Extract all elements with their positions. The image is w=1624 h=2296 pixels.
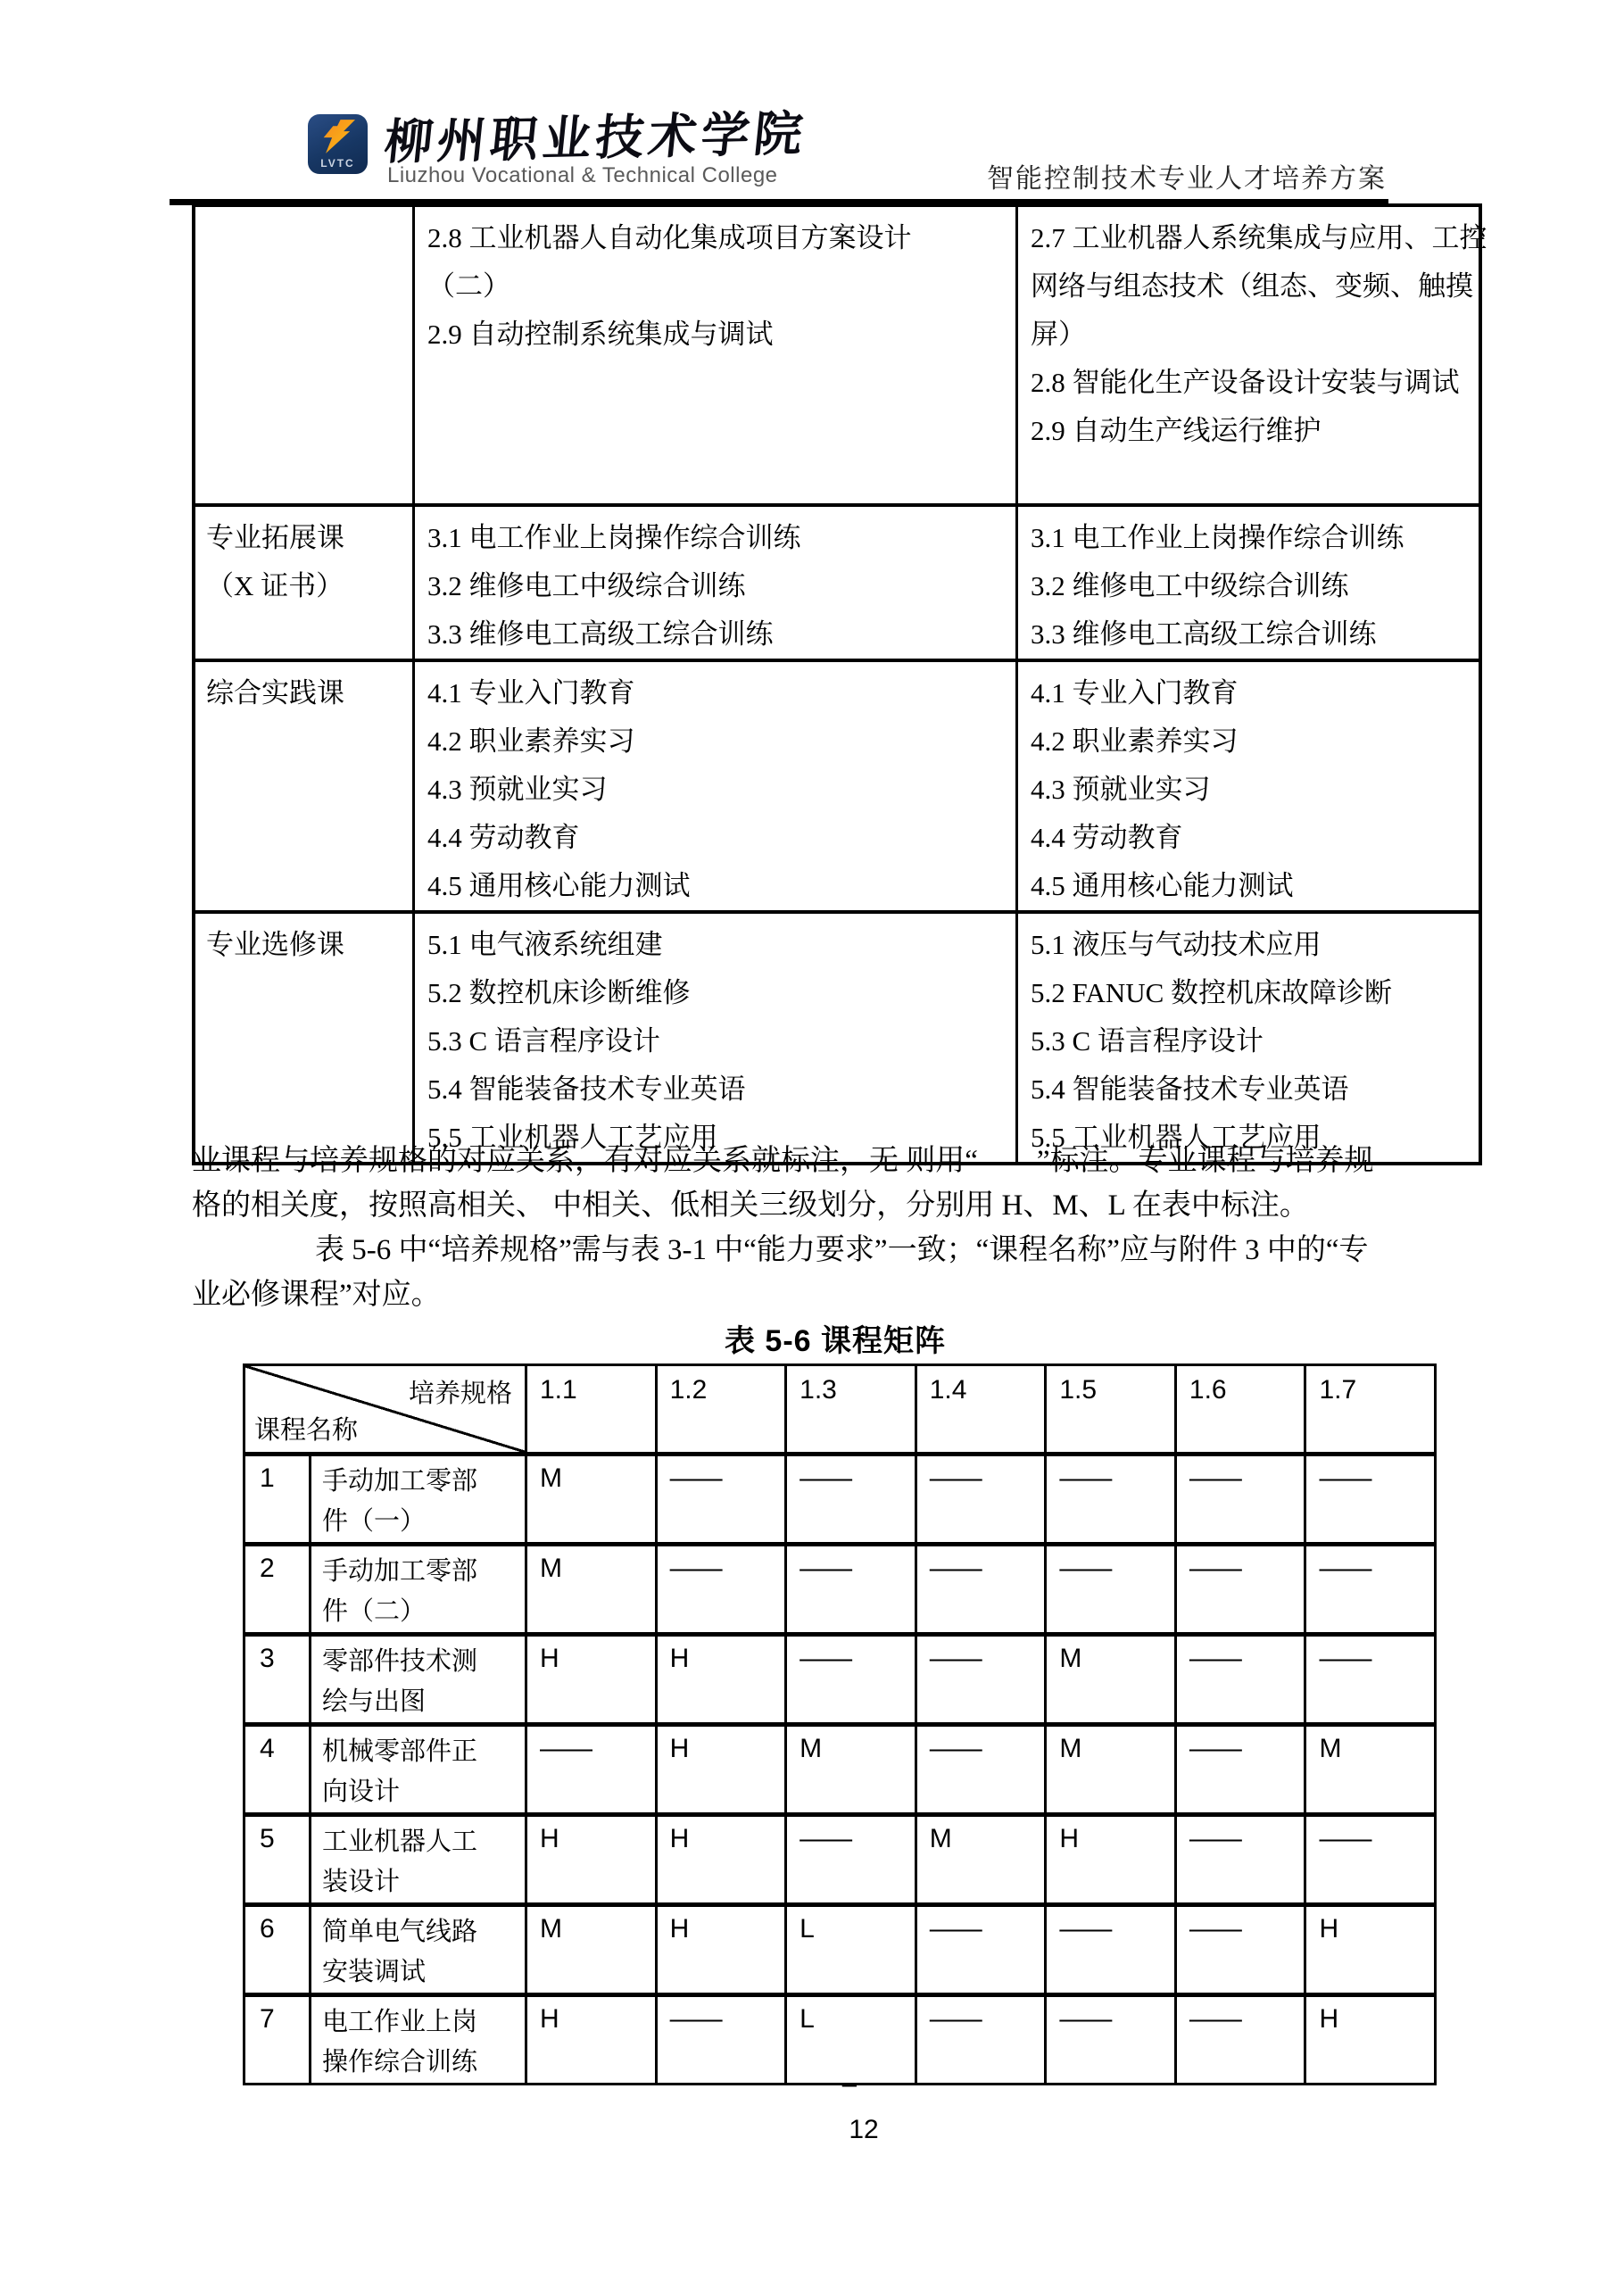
category-line: （X 证书） <box>206 562 407 610</box>
relevance-cell: —— <box>655 1456 785 1542</box>
relevance-cell: —— <box>784 1546 915 1632</box>
course-line: 2.8 智能化生产设备设计安装与调试 <box>1031 359 1487 407</box>
college-name-english: Liuzhou Vocational & Technical College <box>387 163 778 188</box>
course-line: 5.2 数控机床诊断维修 <box>427 969 1008 1017</box>
course-line: 2.9 自动控制系统集成与调试 <box>427 311 1008 359</box>
corner-label-spec: 培养规格 <box>409 1373 512 1410</box>
relevance-cell: M <box>915 1817 1045 1902</box>
relevance-cell: H <box>655 1637 785 1722</box>
course-name-line: 机械零部件正 <box>322 1732 521 1772</box>
matrix-row: 6简单电气线路安装调试MHL——————H <box>245 1902 1434 1993</box>
relevance-cell: —— <box>915 1727 1045 1812</box>
table-row: 综合实践课4.1 专业入门教育4.2 职业素养实习4.3 预就业实习4.4 劳动… <box>195 659 1479 910</box>
logo-abbreviation: LVTC <box>308 157 368 170</box>
course-line: 3.1 电工作业上岗操作综合训练 <box>1031 514 1471 562</box>
course-name-line: 件（二） <box>322 1592 521 1632</box>
row-number-cell: 7 <box>245 1997 309 2083</box>
course-line: 4.4 劳动教育 <box>1031 814 1471 862</box>
relevance-cell: M <box>784 1727 915 1812</box>
course-line: 2.7 工业机器人系统集成与应用、工控 <box>1031 214 1487 262</box>
relevance-cell: —— <box>1304 1817 1434 1902</box>
relevance-cell: —— <box>1304 1637 1434 1722</box>
courses-cell-right: 3.1 电工作业上岗操作综合训练3.2 维修电工中级综合训练3.3 维修电工高级… <box>1015 507 1479 659</box>
course-line: 4.2 职业素养实习 <box>427 717 1008 766</box>
course-line: 屏） <box>1031 311 1487 359</box>
category-line: 专业拓展课 <box>206 514 407 562</box>
matrix-row: 5工业机器人工装设计HH——MH———— <box>245 1812 1434 1902</box>
relevance-cell: —— <box>915 1907 1045 1993</box>
courses-cell-left: 5.1 电气液系统组建5.2 数控机床诊断维修5.3 C 语言程序设计5.4 智… <box>412 914 1015 1162</box>
row-number-cell: 3 <box>245 1637 309 1722</box>
matrix-header-row: 培养规格 课程名称 1.11.21.31.41.51.61.7 <box>245 1366 1434 1452</box>
matrix-table: 培养规格 课程名称 1.11.21.31.41.51.61.7 1手动加工零部件… <box>243 1364 1437 2085</box>
corner-label-course: 课程名称 <box>254 1410 358 1446</box>
course-name-cell: 手动加工零部件（一） <box>309 1456 525 1542</box>
course-line: 3.3 维修电工高级工综合训练 <box>1031 610 1471 659</box>
course-name-line: 安装调试 <box>322 1952 521 1993</box>
course-line: 4.5 通用核心能力测试 <box>1031 862 1471 910</box>
course-line: 4.1 专业入门教育 <box>427 669 1008 717</box>
matrix-row: 4机械零部件正向设计——HM——M——M <box>245 1722 1434 1812</box>
category-cell <box>195 207 412 503</box>
category-cell: 综合实践课 <box>195 662 412 910</box>
paragraph-line: 业必修课程”对应。 <box>192 1272 1479 1317</box>
category-line: 专业选修课 <box>206 921 407 969</box>
table-row: 专业选修课5.1 电气液系统组建5.2 数控机床诊断维修5.3 C 语言程序设计… <box>195 910 1479 1162</box>
relevance-cell: H <box>1304 1997 1434 2083</box>
category-cell: 专业拓展课（X 证书） <box>195 507 412 659</box>
course-line: 5.3 C 语言程序设计 <box>427 1017 1008 1065</box>
course-name-line: 手动加工零部 <box>322 1462 521 1502</box>
course-name-cell: 工业机器人工装设计 <box>309 1817 525 1902</box>
spec-column-header: 1.6 <box>1174 1366 1305 1452</box>
relevance-cell: —— <box>1174 1546 1305 1632</box>
course-name-line: 向设计 <box>322 1772 521 1812</box>
course-line: 4.4 劳动教育 <box>427 814 1008 862</box>
relevance-cell: —— <box>1174 1637 1305 1722</box>
table-caption: 表 5-6 课程矩阵 <box>192 1316 1479 1360</box>
course-line: 5.1 液压与气动技术应用 <box>1031 921 1471 969</box>
course-line: 3.3 维修电工高级工综合训练 <box>427 610 1008 659</box>
document-title: 智能控制技术专业人才培养方案 <box>987 156 1387 195</box>
course-name-line: 电工作业上岗 <box>322 2002 521 2043</box>
course-name-cell: 电工作业上岗操作综合训练 <box>309 1997 525 2083</box>
courses-cell-left: 3.1 电工作业上岗操作综合训练3.2 维修电工中级综合训练3.3 维修电工高级… <box>412 507 1015 659</box>
relevance-cell: —— <box>1044 1997 1174 2083</box>
course-line: 3.2 维修电工中级综合训练 <box>427 562 1008 610</box>
spec-column-header: 1.2 <box>655 1366 785 1452</box>
row-number-cell: 6 <box>245 1907 309 1993</box>
course-line: 5.3 C 语言程序设计 <box>1031 1017 1471 1065</box>
courses-cell-right: 4.1 专业入门教育4.2 职业素养实习4.3 预就业实习4.4 劳动教育4.5… <box>1015 662 1479 910</box>
relevance-cell: —— <box>784 1456 915 1542</box>
spec-column-header: 1.3 <box>784 1366 915 1452</box>
relevance-cell: —— <box>1044 1456 1174 1542</box>
stray-underscore: _ <box>842 2060 857 2088</box>
category-line: 综合实践课 <box>206 669 407 717</box>
relevance-cell: —— <box>1174 1456 1305 1542</box>
course-name-line: 件（一） <box>322 1502 521 1542</box>
course-line: （二） <box>427 262 1008 311</box>
spec-column-header: 1.5 <box>1044 1366 1174 1452</box>
matrix-row: 7电工作业上岗操作综合训练H——L_——————H <box>245 1993 1434 2083</box>
paragraph-line: 格的相关度，按照高相关、 中相关、低相关三级划分，分别用 H、M、L 在表中标注… <box>192 1183 1479 1228</box>
relevance-cell: M <box>525 1456 655 1542</box>
course-line: 4.2 职业素养实习 <box>1031 717 1471 766</box>
relevance-cell: —— <box>655 1546 785 1632</box>
lightning-bolt-icon <box>317 119 358 154</box>
relevance-cell: —— <box>1174 1727 1305 1812</box>
course-name-line: 简单电气线路 <box>322 1912 521 1952</box>
relevance-cell: H <box>655 1817 785 1902</box>
relevance-cell: —— <box>655 1997 785 2083</box>
college-logo: LVTC <box>308 114 368 174</box>
relevance-cell: M <box>1304 1727 1434 1812</box>
relevance-cell: M <box>1044 1727 1174 1812</box>
relevance-cell: L_ <box>784 1997 915 2083</box>
relevance-cell: —— <box>1174 1907 1305 1993</box>
table-row: 2.8 工业机器人自动化集成项目方案设计（二）2.9 自动控制系统集成与调试2.… <box>195 207 1479 503</box>
row-number-cell: 4 <box>245 1727 309 1812</box>
table-row: 专业拓展课（X 证书）3.1 电工作业上岗操作综合训练3.2 维修电工中级综合训… <box>195 503 1479 659</box>
paragraph-line: 业课程与培养规格的对应关系，有对应关系就标注，无 则用“——”标注。专业课程与培… <box>192 1139 1479 1183</box>
row-number-cell: 5 <box>245 1817 309 1902</box>
course-category-table: 2.8 工业机器人自动化集成项目方案设计（二）2.9 自动控制系统集成与调试2.… <box>192 203 1482 1165</box>
diagonal-header-cell: 培养规格 课程名称 <box>245 1366 525 1452</box>
matrix-row: 2手动加工零部件（二）M———————————— <box>245 1542 1434 1632</box>
spec-column-header: 1.7 <box>1304 1366 1434 1452</box>
relevance-cell: H <box>1304 1907 1434 1993</box>
course-line: 3.2 维修电工中级综合训练 <box>1031 562 1471 610</box>
course-line: 网络与组态技术（组态、变频、触摸 <box>1031 262 1487 311</box>
course-name-line: 工业机器人工 <box>322 1822 521 1862</box>
relevance-cell: H <box>525 1997 655 2083</box>
page-number: 12 <box>192 2115 1482 2145</box>
course-name-cell: 机械零部件正向设计 <box>309 1727 525 1812</box>
course-name-line: 手动加工零部 <box>322 1552 521 1592</box>
relevance-cell: H <box>525 1637 655 1722</box>
course-line: 4.1 专业入门教育 <box>1031 669 1471 717</box>
relevance-cell: M <box>525 1546 655 1632</box>
course-line: 2.8 工业机器人自动化集成项目方案设计 <box>427 214 1008 262</box>
relevance-cell: —— <box>915 1546 1045 1632</box>
relevance-cell: —— <box>915 1456 1045 1542</box>
spec-column-header: 1.4 <box>915 1366 1045 1452</box>
relevance-cell: —— <box>915 1637 1045 1722</box>
row-number-cell: 1 <box>245 1456 309 1542</box>
relevance-cell: M <box>1044 1637 1174 1722</box>
course-line: 3.1 电工作业上岗操作综合训练 <box>427 514 1008 562</box>
relevance-cell: L <box>784 1907 915 1993</box>
matrix-row: 1手动加工零部件（一）M———————————— <box>245 1452 1434 1542</box>
courses-cell-left: 4.1 专业入门教育4.2 职业素养实习4.3 预就业实习4.4 劳动教育4.5… <box>412 662 1015 910</box>
spec-column-header: 1.1 <box>525 1366 655 1452</box>
course-name-line: 操作综合训练 <box>322 2043 521 2083</box>
course-name-cell: 简单电气线路安装调试 <box>309 1907 525 1993</box>
relevance-cell: —— <box>784 1817 915 1902</box>
courses-cell-right: 5.1 液压与气动技术应用5.2 FANUC 数控机床故障诊断5.3 C 语言程… <box>1015 914 1479 1162</box>
course-line: 5.1 电气液系统组建 <box>427 921 1008 969</box>
courses-cell-left: 2.8 工业机器人自动化集成项目方案设计（二）2.9 自动控制系统集成与调试 <box>412 207 1015 503</box>
relevance-cell: —— <box>1044 1907 1174 1993</box>
courses-cell-right: 2.7 工业机器人系统集成与应用、工控网络与组态技术（组态、变频、触摸屏）2.8… <box>1015 207 1495 503</box>
course-name-line: 绘与出图 <box>322 1682 521 1722</box>
college-name-chinese: 柳州职业技术学院 <box>382 95 811 173</box>
relevance-cell: —— <box>784 1637 915 1722</box>
relevance-cell: H <box>1044 1817 1174 1902</box>
course-name-line: 零部件技术测 <box>322 1642 521 1682</box>
course-name-cell: 零部件技术测绘与出图 <box>309 1637 525 1722</box>
category-cell: 专业选修课 <box>195 914 412 1162</box>
course-line: 5.2 FANUC 数控机床故障诊断 <box>1031 969 1471 1017</box>
relevance-cell: —— <box>1174 1997 1305 2083</box>
paragraph-line: 表 5-6 中“培养规格”需与表 3-1 中“能力要求”一致；“课程名称”应与附… <box>192 1228 1479 1272</box>
relevance-cell: —— <box>1174 1817 1305 1902</box>
course-line: 5.4 智能装备技术专业英语 <box>427 1065 1008 1114</box>
course-line: 5.4 智能装备技术专业英语 <box>1031 1065 1471 1114</box>
relevance-cell: —— <box>525 1727 655 1812</box>
course-name-line: 装设计 <box>322 1862 521 1902</box>
course-line: 4.3 预就业实习 <box>427 766 1008 814</box>
relevance-cell: —— <box>1304 1546 1434 1632</box>
course-line: 4.5 通用核心能力测试 <box>427 862 1008 910</box>
matrix-row: 3零部件技术测绘与出图HH————M———— <box>245 1632 1434 1722</box>
course-name-cell: 手动加工零部件（二） <box>309 1546 525 1632</box>
relevance-cell: —— <box>1044 1546 1174 1632</box>
course-line: 4.3 预就业实习 <box>1031 766 1471 814</box>
relevance-cell: —— <box>915 1997 1045 2083</box>
relevance-cell: —— <box>1304 1456 1434 1542</box>
relevance-cell: H <box>525 1817 655 1902</box>
relevance-cell: M <box>525 1907 655 1993</box>
body-paragraphs: 业课程与培养规格的对应关系，有对应关系就标注，无 则用“——”标注。专业课程与培… <box>192 1139 1479 1317</box>
course-line: 2.9 自动生产线运行维护 <box>1031 407 1487 455</box>
relevance-cell: H <box>655 1907 785 1993</box>
row-number-cell: 2 <box>245 1546 309 1632</box>
relevance-cell: H <box>655 1727 785 1812</box>
